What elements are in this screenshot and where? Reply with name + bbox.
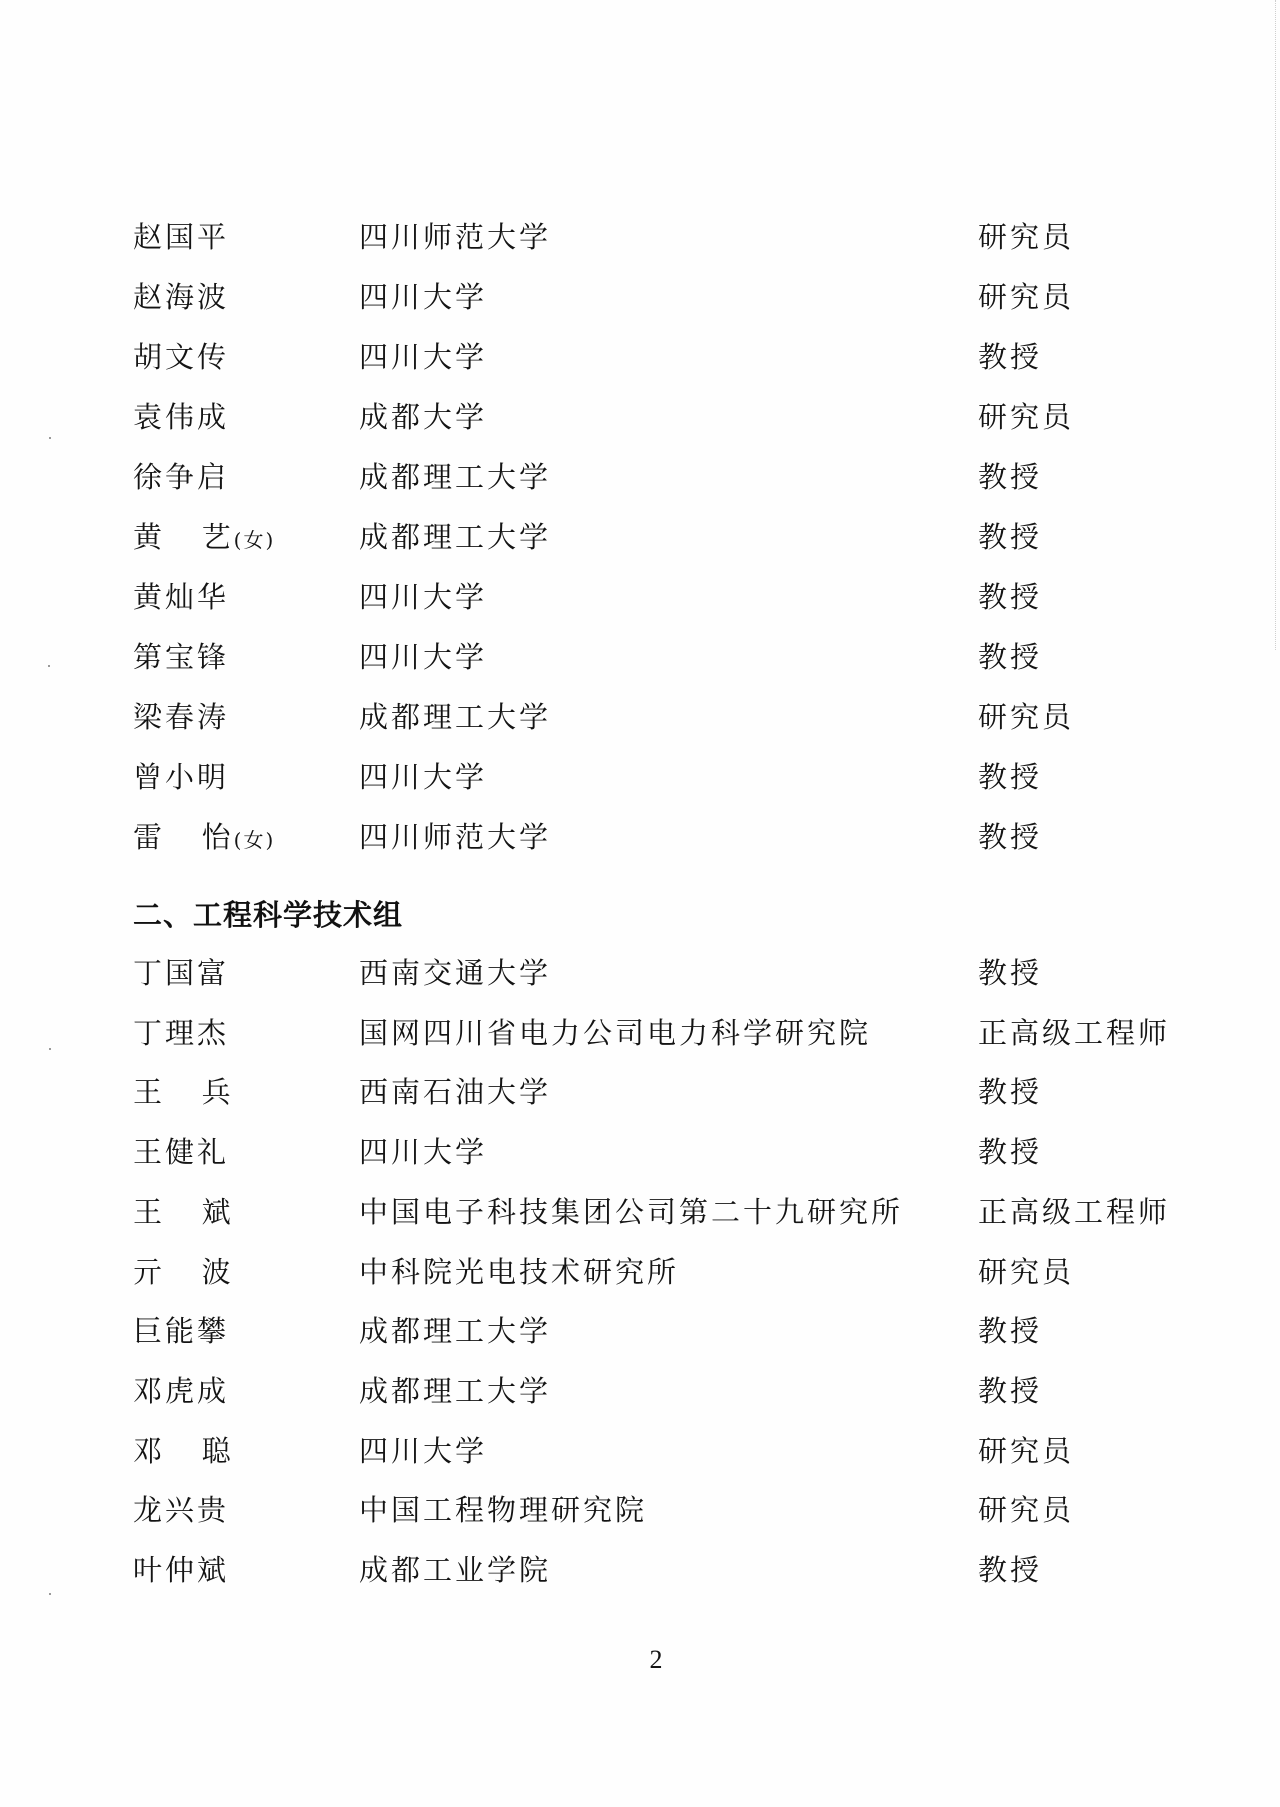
list-item: 徐争启 成都理工大学 教授	[0, 457, 1280, 497]
institution: 四川大学	[359, 1431, 487, 1471]
list-item: 王健礼 四川大学 教授	[0, 1132, 1280, 1172]
institution: 中科院光电技术研究所	[359, 1252, 679, 1292]
list-item: 王 兵 西南石油大学 教授	[0, 1072, 1280, 1112]
name-text: 雷 怡	[133, 820, 234, 854]
person-name: 巨能攀	[133, 1311, 229, 1351]
institution: 中国工程物理研究院	[359, 1490, 647, 1530]
list-item: 邓虎成 成都理工大学 教授	[0, 1371, 1280, 1411]
person-name: 王健礼	[133, 1132, 229, 1172]
job-title: 研究员	[978, 1490, 1074, 1530]
document-page: 赵国平 四川师范大学 研究员 赵海波 四川大学 研究员 胡文传 四川大学 教授 …	[0, 0, 1280, 1807]
list-item: 雷 怡(女) 四川师范大学 教授	[0, 817, 1280, 857]
job-title: 教授	[978, 757, 1042, 797]
institution: 成都大学	[359, 397, 487, 437]
institution: 成都理工大学	[359, 697, 551, 737]
gender-note: (女)	[234, 528, 276, 552]
person-name: 邓虎成	[133, 1371, 229, 1411]
job-title: 教授	[978, 1371, 1042, 1411]
list-item: 梁春涛 成都理工大学 研究员	[0, 697, 1280, 737]
institution: 成都理工大学	[359, 517, 551, 557]
job-title: 教授	[978, 637, 1042, 677]
list-item: 龙兴贵 中国工程物理研究院 研究员	[0, 1490, 1280, 1530]
list-item: 叶仲斌 成都工业学院 教授	[0, 1550, 1280, 1590]
institution: 四川大学	[359, 757, 487, 797]
list-item: 胡文传 四川大学 教授	[0, 337, 1280, 377]
job-title: 教授	[978, 337, 1042, 377]
job-title: 研究员	[978, 397, 1074, 437]
person-name: 胡文传	[133, 337, 229, 377]
job-title: 教授	[978, 817, 1042, 857]
list-item: 黄 艺(女) 成都理工大学 教授	[0, 517, 1280, 557]
name-text: 黄 艺	[133, 520, 234, 554]
institution: 四川师范大学	[359, 817, 551, 857]
section-heading: 二、工程科学技术组	[133, 895, 403, 935]
job-title: 教授	[978, 1072, 1042, 1112]
list-item: 袁伟成 成都大学 研究员	[0, 397, 1280, 437]
page-number: 2	[640, 1642, 672, 1678]
job-title: 研究员	[978, 217, 1074, 257]
person-name: 梁春涛	[133, 697, 229, 737]
list-item: 亓 波 中科院光电技术研究所 研究员	[0, 1252, 1280, 1292]
person-name: 邓 聪	[133, 1431, 234, 1471]
list-item: 赵国平 四川师范大学 研究员	[0, 217, 1280, 257]
person-name: 丁理杰	[133, 1013, 229, 1053]
list-item: 巨能攀 成都理工大学 教授	[0, 1311, 1280, 1351]
job-title: 研究员	[978, 697, 1074, 737]
gender-note: (女)	[234, 828, 276, 852]
job-title: 教授	[978, 517, 1042, 557]
list-item: 赵海波 四川大学 研究员	[0, 277, 1280, 317]
institution: 四川大学	[359, 577, 487, 617]
scan-speck	[49, 437, 51, 439]
job-title: 教授	[978, 577, 1042, 617]
list-item: 黄灿华 四川大学 教授	[0, 577, 1280, 617]
job-title: 教授	[978, 1132, 1042, 1172]
institution: 四川师范大学	[359, 217, 551, 257]
job-title: 正高级工程师	[978, 1192, 1170, 1232]
person-name: 黄 艺(女)	[133, 517, 275, 560]
person-name: 亓 波	[133, 1252, 234, 1292]
institution: 四川大学	[359, 637, 487, 677]
list-item: 曾小明 四川大学 教授	[0, 757, 1280, 797]
job-title: 研究员	[978, 1252, 1074, 1292]
job-title: 教授	[978, 1550, 1042, 1590]
job-title: 研究员	[978, 277, 1074, 317]
person-name: 赵海波	[133, 277, 229, 317]
institution: 成都理工大学	[359, 457, 551, 497]
list-item: 邓 聪 四川大学 研究员	[0, 1431, 1280, 1471]
institution: 四川大学	[359, 1132, 487, 1172]
person-name: 袁伟成	[133, 397, 229, 437]
institution: 中国电子科技集团公司第二十九研究所	[359, 1192, 903, 1232]
job-title: 教授	[978, 953, 1042, 993]
person-name: 曾小明	[133, 757, 229, 797]
person-name: 王 斌	[133, 1192, 234, 1232]
institution: 西南交通大学	[359, 953, 551, 993]
person-name: 王 兵	[133, 1072, 234, 1112]
institution: 四川大学	[359, 337, 487, 377]
list-item: 丁国富 西南交通大学 教授	[0, 953, 1280, 993]
person-name: 丁国富	[133, 953, 229, 993]
list-item: 王 斌 中国电子科技集团公司第二十九研究所 正高级工程师	[0, 1192, 1280, 1232]
institution: 成都理工大学	[359, 1371, 551, 1411]
person-name: 赵国平	[133, 217, 229, 257]
institution: 四川大学	[359, 277, 487, 317]
institution: 西南石油大学	[359, 1072, 551, 1112]
institution: 成都理工大学	[359, 1311, 551, 1351]
list-item: 第宝锋 四川大学 教授	[0, 637, 1280, 677]
institution: 国网四川省电力公司电力科学研究院	[359, 1013, 871, 1053]
person-name: 叶仲斌	[133, 1550, 229, 1590]
person-name: 黄灿华	[133, 577, 229, 617]
scan-speck	[49, 1593, 51, 1595]
job-title: 教授	[978, 457, 1042, 497]
person-name: 龙兴贵	[133, 1490, 229, 1530]
job-title: 教授	[978, 1311, 1042, 1351]
job-title: 研究员	[978, 1431, 1074, 1471]
list-item: 丁理杰 国网四川省电力公司电力科学研究院 正高级工程师	[0, 1013, 1280, 1053]
person-name: 徐争启	[133, 457, 229, 497]
job-title: 正高级工程师	[978, 1013, 1170, 1053]
institution: 成都工业学院	[359, 1550, 551, 1590]
person-name: 第宝锋	[133, 637, 229, 677]
person-name: 雷 怡(女)	[133, 817, 275, 860]
